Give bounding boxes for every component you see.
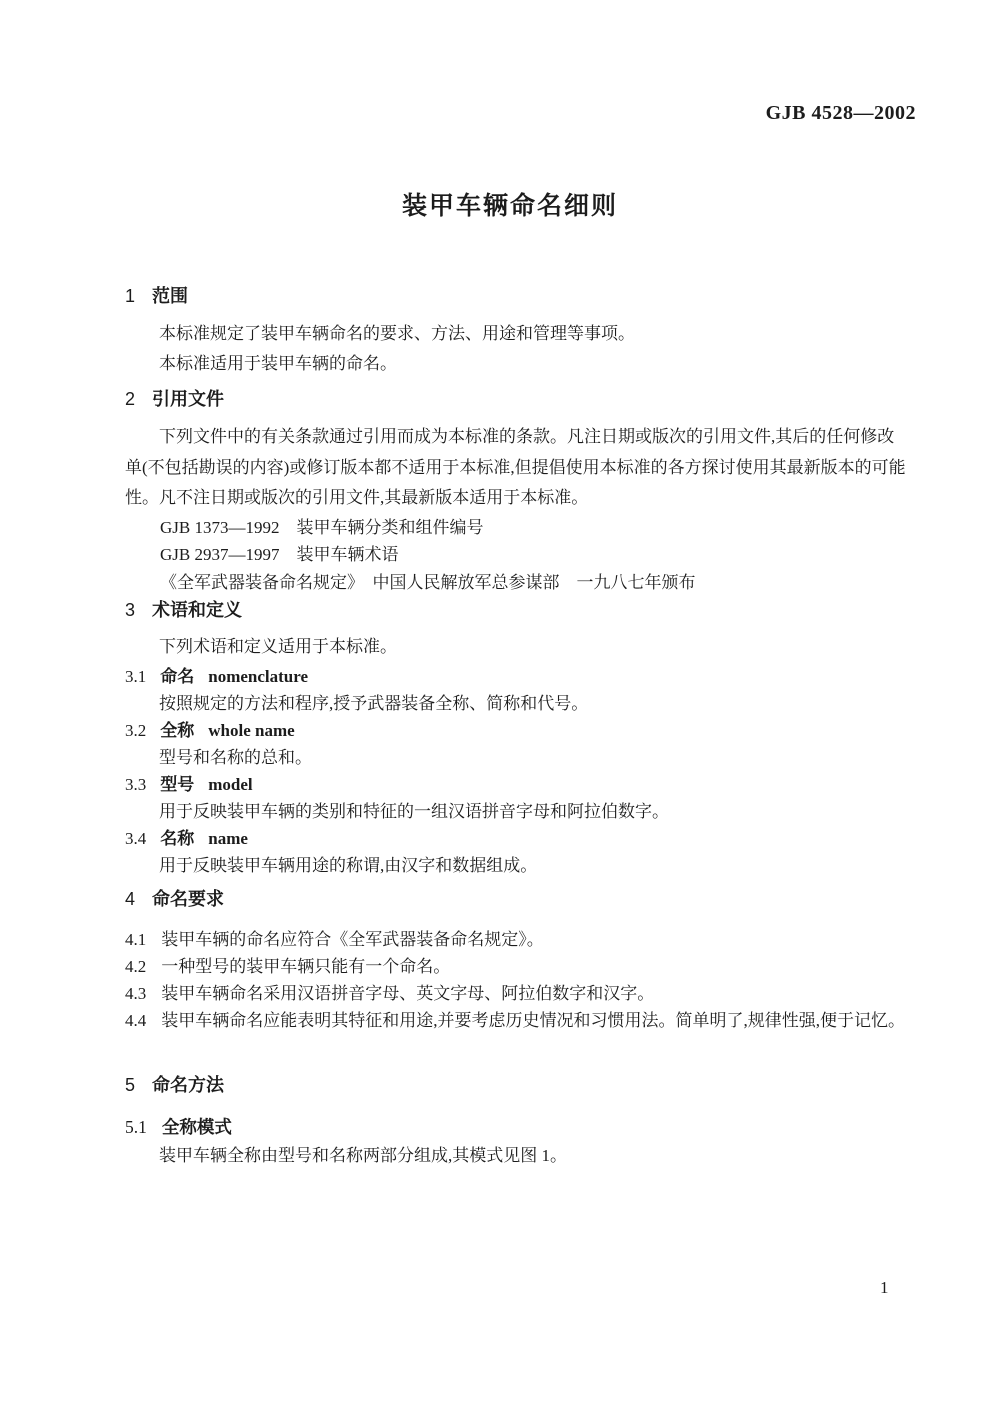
term-entry: 3.1命名nomenclature 按照规定的方法和程序,授予武器装备全称、简称… [125, 663, 907, 717]
section-title: 命名要求 [152, 889, 224, 909]
term-heading: 3.3型号model [125, 771, 907, 798]
requirement-item: 4.3装甲车辆命名采用汉语拼音字母、英文字母、阿拉伯数字和汉字。 [125, 980, 907, 1007]
paragraph: 下列文件中的有关条款通过引用而成为本标准的条款。凡注日期或版次的引用文件,其后的… [125, 422, 907, 514]
reference-item: GJB 2937—1997 装甲车辆术语 [160, 541, 907, 569]
term-definition: 按照规定的方法和程序,授予武器装备全称、简称和代号。 [125, 690, 907, 717]
item-text: 装甲车辆的命名应符合《全军武器装备命名规定》。 [161, 930, 544, 949]
section-heading: 2引用文件 [125, 386, 907, 412]
reference-item: GJB 1373—1992 装甲车辆分类和组件编号 [160, 514, 907, 542]
reference-item: 《全军武器装备命名规定》 中国人民解放军总参谋部 一九八七年颁布 [160, 569, 907, 597]
term-chinese: 全称 [160, 721, 194, 740]
term-entry: 3.4名称name 用于反映装甲车辆用途的称谓,由汉字和数据组成。 [125, 825, 907, 879]
item-number: 4.3 [125, 984, 146, 1003]
requirement-item: 4.2一种型号的装甲车辆只能有一个命名。 [125, 953, 907, 980]
term-english: nomenclature [208, 667, 308, 686]
document-page: GJB 4528—2002 装甲车辆命名细则 1范围 本标准规定了装甲车辆命名的… [0, 0, 992, 1404]
term-entry: 3.3型号model 用于反映装甲车辆的类别和特征的一组汉语拼音字母和阿拉伯数字… [125, 771, 907, 825]
section-requirements: 4命名要求 4.1装甲车辆的命名应符合《全军武器装备命名规定》。 4.2一种型号… [125, 886, 907, 1034]
term-english: whole name [208, 721, 294, 740]
section-heading: 1范围 [125, 283, 907, 309]
term-heading: 3.4名称name [125, 825, 907, 852]
term-chinese: 型号 [160, 775, 194, 794]
paragraph: 下列术语和定义适用于本标准。 [125, 633, 907, 661]
section-number: 3 [125, 600, 135, 620]
section-methods: 5命名方法 5.1全称模式 装甲车辆全称由型号和名称两部分组成,其模式见图 1。 [125, 1072, 907, 1170]
term-number: 3.2 [125, 721, 146, 740]
item-number: 4.1 [125, 930, 146, 949]
item-number: 4.4 [125, 1011, 146, 1030]
term-number: 3.4 [125, 829, 146, 848]
term-chinese: 名称 [160, 829, 194, 848]
term-heading: 3.1命名nomenclature [125, 663, 907, 690]
standard-number: GJB 4528—2002 [766, 102, 916, 125]
section-terms: 3术语和定义 下列术语和定义适用于本标准。 3.1命名nomenclature … [125, 597, 907, 879]
document-title: 装甲车辆命名细则 [0, 186, 992, 222]
section-number: 5 [125, 1075, 135, 1095]
term-english: name [208, 829, 248, 848]
page-number: 1 [880, 1278, 889, 1298]
paragraph: 装甲车辆全称由型号和名称两部分组成,其模式见图 1。 [125, 1142, 907, 1170]
term-english: model [208, 775, 252, 794]
term-definition: 用于反映装甲车辆的类别和特征的一组汉语拼音字母和阿拉伯数字。 [125, 798, 907, 825]
paragraph: 本标准适用于装甲车辆的命名。 [125, 349, 907, 379]
section-title: 命名方法 [152, 1075, 224, 1095]
requirement-item: 4.4装甲车辆命名应能表明其特征和用途,并要考虑历史情况和习惯用法。简单明了,规… [125, 1007, 907, 1034]
term-definition: 型号和名称的总和。 [125, 744, 907, 771]
section-number: 4 [125, 889, 135, 909]
item-number: 4.2 [125, 957, 146, 976]
item-text: 一种型号的装甲车辆只能有一个命名。 [161, 957, 450, 976]
term-entry: 3.2全称whole name 型号和名称的总和。 [125, 717, 907, 771]
term-chinese: 命名 [160, 667, 194, 686]
subsection-number: 5.1 [125, 1117, 147, 1137]
paragraph: 本标准规定了装甲车辆命名的要求、方法、用途和管理等事项。 [125, 319, 907, 349]
section-heading: 4命名要求 [125, 886, 907, 912]
term-heading: 3.2全称whole name [125, 717, 907, 744]
item-text: 装甲车辆命名采用汉语拼音字母、英文字母、阿拉伯数字和汉字。 [161, 984, 654, 1003]
section-title: 术语和定义 [152, 600, 242, 620]
subsection-title: 全称模式 [162, 1117, 232, 1137]
section-heading: 5命名方法 [125, 1072, 907, 1098]
section-references: 2引用文件 下列文件中的有关条款通过引用而成为本标准的条款。凡注日期或版次的引用… [125, 386, 907, 596]
section-number: 1 [125, 286, 135, 306]
section-number: 2 [125, 389, 135, 409]
term-definition: 用于反映装甲车辆用途的称谓,由汉字和数据组成。 [125, 852, 907, 879]
term-number: 3.3 [125, 775, 146, 794]
item-text: 装甲车辆命名应能表明其特征和用途,并要考虑历史情况和习惯用法。简单明了,规律性强… [161, 1011, 905, 1030]
requirement-item: 4.1装甲车辆的命名应符合《全军武器装备命名规定》。 [125, 926, 907, 953]
section-scope: 1范围 本标准规定了装甲车辆命名的要求、方法、用途和管理等事项。 本标准适用于装… [125, 283, 907, 379]
term-number: 3.1 [125, 667, 146, 686]
section-title: 引用文件 [152, 389, 224, 409]
subsection-heading: 5.1全称模式 [125, 1114, 907, 1140]
section-heading: 3术语和定义 [125, 597, 907, 623]
section-title: 范围 [152, 286, 188, 306]
